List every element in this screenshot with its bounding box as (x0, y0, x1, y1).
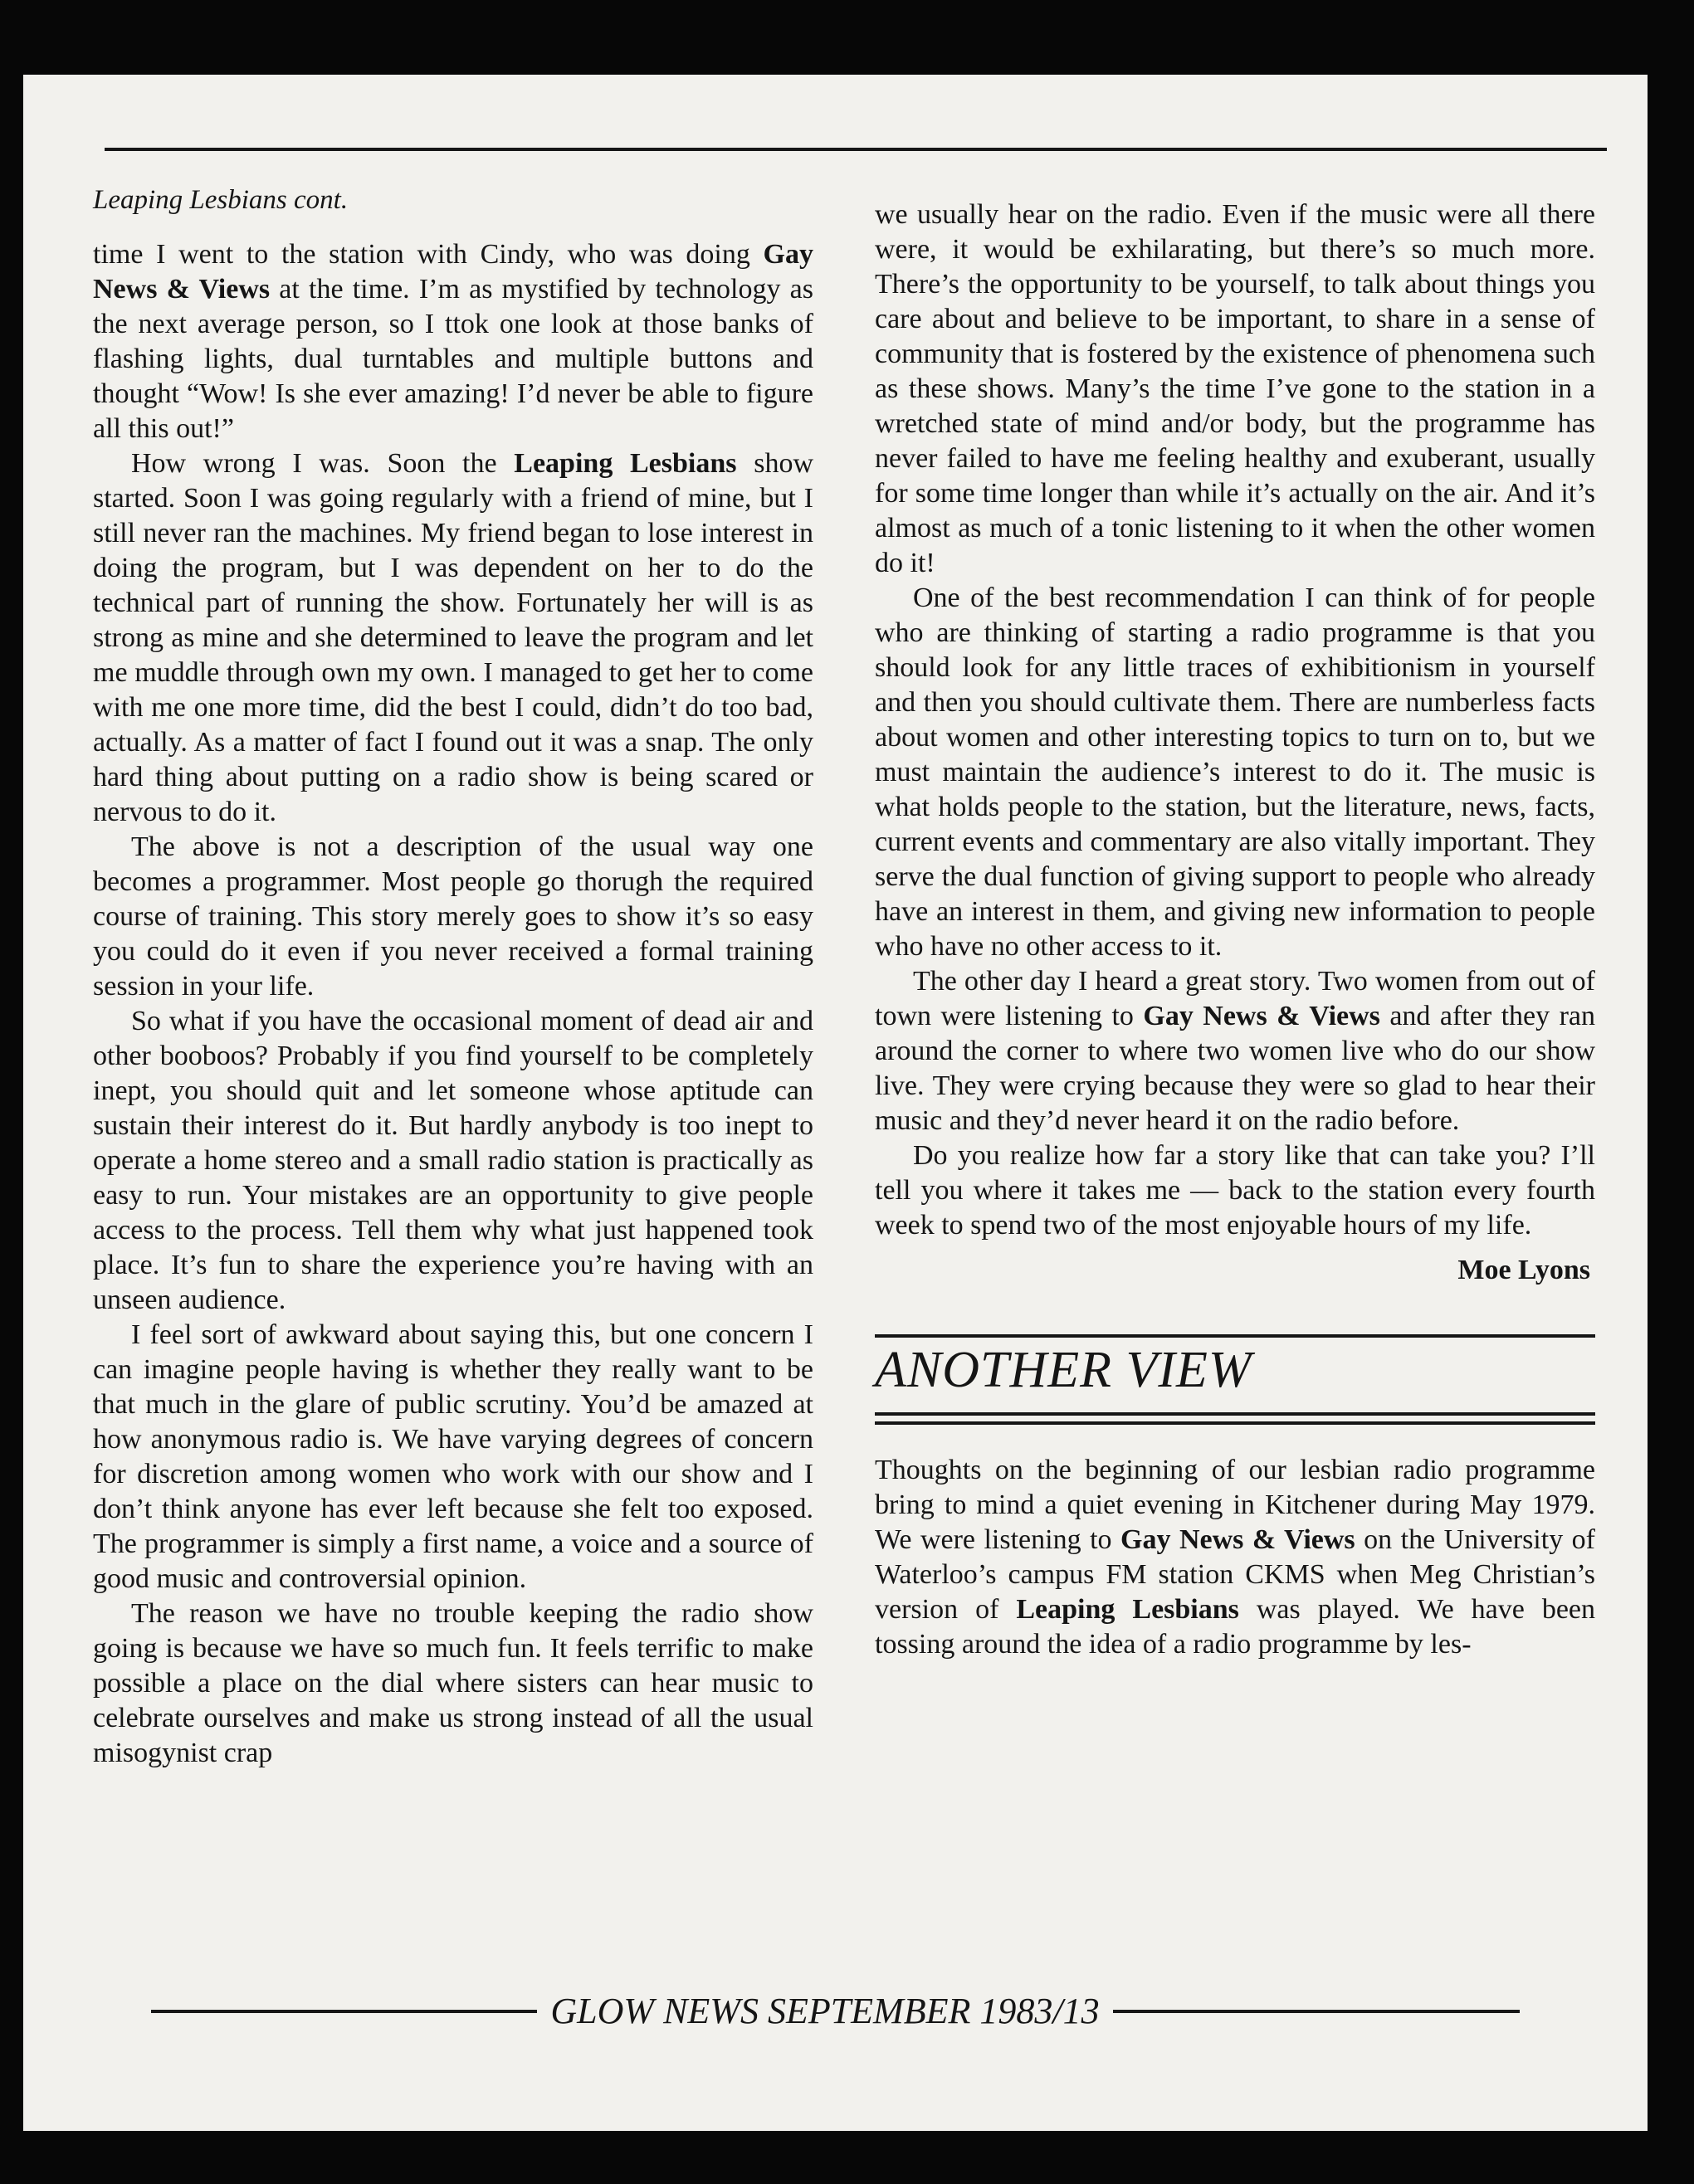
footer-rule-right (1113, 2010, 1520, 2013)
text-run: One of the best recommendation I can thi… (875, 583, 1595, 962)
paragraph: Thoughts on the beginning of our lesbian… (875, 1453, 1595, 1662)
section-divider-top (875, 1334, 1595, 1338)
section-divider-bottom (875, 1412, 1595, 1425)
page-footer: GLOW NEWS SEPTEMBER 1983/13 (23, 1993, 1648, 2030)
text-run: The above is not a description of the us… (93, 831, 813, 1002)
text-run: we usually hear on the radio. Even if th… (875, 199, 1595, 578)
paragraph: The reason we have no trouble keeping th… (93, 1597, 813, 1771)
author-signature: Moe Lyons (875, 1253, 1595, 1288)
text-run: Do you realize how far a story like that… (875, 1140, 1595, 1241)
text-run: How wrong I was. Soon the (131, 448, 514, 479)
text-run: time I went to the station with Cindy, w… (93, 239, 764, 270)
paragraph: So what if you have the occasional momen… (93, 1004, 813, 1318)
text-run: show started. Soon I was going regularly… (93, 448, 813, 827)
footer-text: GLOW NEWS SEPTEMBER 1983/13 (537, 1993, 1112, 2030)
paragraph: we usually hear on the radio. Even if th… (875, 197, 1595, 581)
newsletter-page: Leaping Lesbians cont. time I went to th… (23, 75, 1648, 2131)
left-column-text: time I went to the station with Cindy, w… (93, 237, 813, 1771)
footer-rule-left (151, 2010, 537, 2013)
bold-text-run: Leaping Lesbians (1016, 1594, 1239, 1625)
paragraph: One of the best recommendation I can thi… (875, 581, 1595, 964)
text-run: The reason we have no trouble keeping th… (93, 1598, 813, 1768)
text-run: I feel sort of awkward about saying this… (93, 1319, 813, 1594)
bold-text-run: Gay News & Views (1143, 1001, 1380, 1031)
text-run: So what if you have the occasional momen… (93, 1006, 813, 1315)
paragraph: Do you realize how far a story like that… (875, 1138, 1595, 1243)
scan-black-border: { "page": { "continuation_label": "Leapi… (0, 0, 1694, 2184)
right-column-text: we usually hear on the radio. Even if th… (875, 197, 1595, 1243)
bold-text-run: Leaping Lesbians (514, 448, 736, 479)
paragraph: time I went to the station with Cindy, w… (93, 237, 813, 446)
paragraph: The above is not a description of the us… (93, 830, 813, 1004)
paragraph: How wrong I was. Soon the Leaping Lesbia… (93, 446, 813, 830)
right-column: we usually hear on the radio. Even if th… (875, 197, 1595, 1662)
paragraph: The other day I heard a great story. Two… (875, 964, 1595, 1138)
bold-text-run: Gay News & Views (1120, 1524, 1355, 1555)
section-text: Thoughts on the beginning of our lesbian… (875, 1453, 1595, 1662)
section-heading: ANOTHER VIEW (875, 1353, 1595, 1387)
left-column: Leaping Lesbians cont. time I went to th… (93, 183, 813, 1771)
article-continuation-label: Leaping Lesbians cont. (93, 183, 813, 217)
paragraph: I feel sort of awkward about saying this… (93, 1318, 813, 1597)
header-rule (105, 148, 1607, 151)
